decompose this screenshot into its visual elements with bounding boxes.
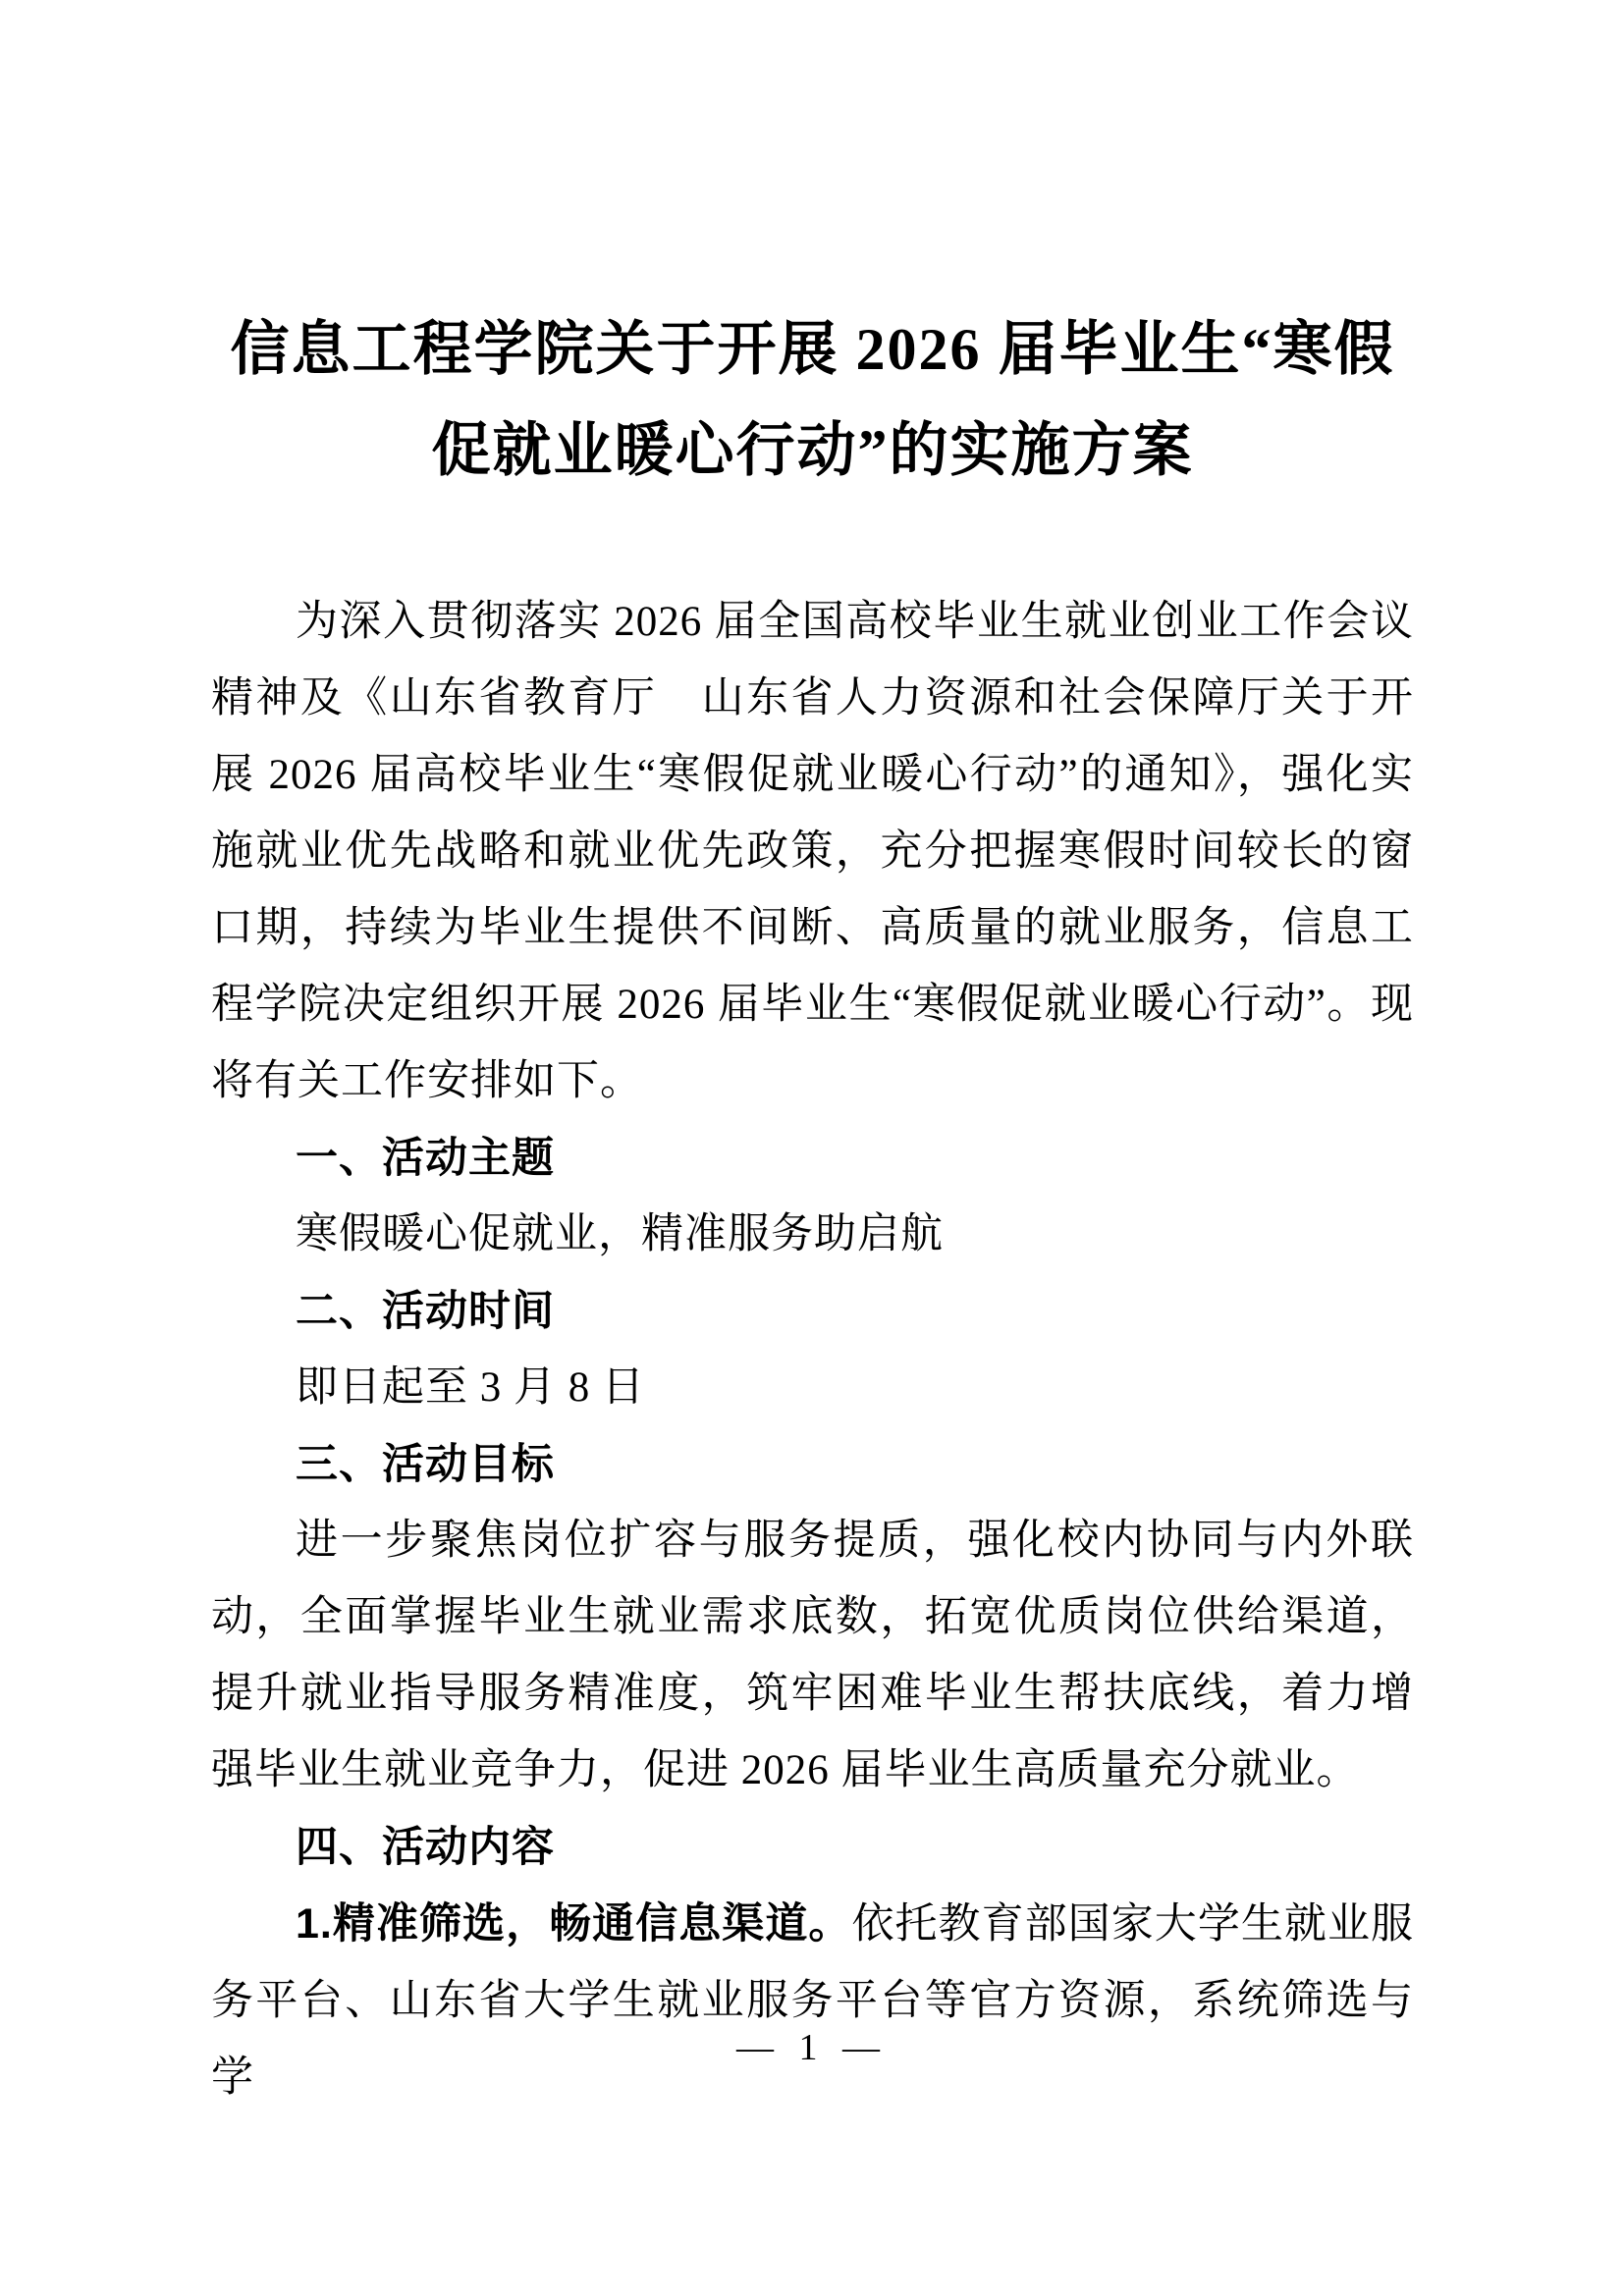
document-title-line-2: 促就业暖心行动”的实施方案 — [211, 400, 1414, 502]
document-body: 为深入贯彻落实 2026 届全国高校毕业生就业创业工作会议精神及《山东省教育厅 … — [211, 584, 1414, 2116]
document-content: 信息工程学院关于开展 2026 届毕业生“寒假 促就业暖心行动”的实施方案 为深… — [0, 0, 1624, 2116]
paragraph-goal: 进一步聚焦岗位扩容与服务提质，强化校内协同与内外联动，全面掌握毕业生就业需求底数… — [211, 1503, 1414, 1809]
page-number: — 1 — — [0, 2024, 1624, 2071]
section-heading-content: 四、活动内容 — [211, 1809, 1414, 1886]
paragraph-item-1-lead: 1.精准筛选，畅通信息渠道。 — [296, 1900, 851, 1948]
paragraph-time: 即日起至 3 月 8 日 — [211, 1350, 1414, 1426]
section-heading-goal: 三、活动目标 — [211, 1426, 1414, 1503]
document-title-line-1: 信息工程学院关于开展 2026 届毕业生“寒假 — [211, 299, 1414, 400]
section-heading-theme: 一、活动主题 — [211, 1120, 1414, 1197]
document-title: 信息工程学院关于开展 2026 届毕业生“寒假 促就业暖心行动”的实施方案 — [211, 299, 1414, 502]
paragraph-intro: 为深入贯彻落实 2026 届全国高校毕业生就业创业工作会议精神及《山东省教育厅 … — [211, 584, 1414, 1120]
document-page: 信息工程学院关于开展 2026 届毕业生“寒假 促就业暖心行动”的实施方案 为深… — [0, 0, 1624, 2296]
section-heading-time: 二、活动时间 — [211, 1273, 1414, 1350]
paragraph-theme: 寒假暖心促就业，精准服务助启航 — [211, 1197, 1414, 1273]
paragraph-item-1: 1.精准筛选，畅通信息渠道。依托教育部国家大学生就业服务平台、山东省大学生就业服… — [211, 1886, 1414, 2116]
